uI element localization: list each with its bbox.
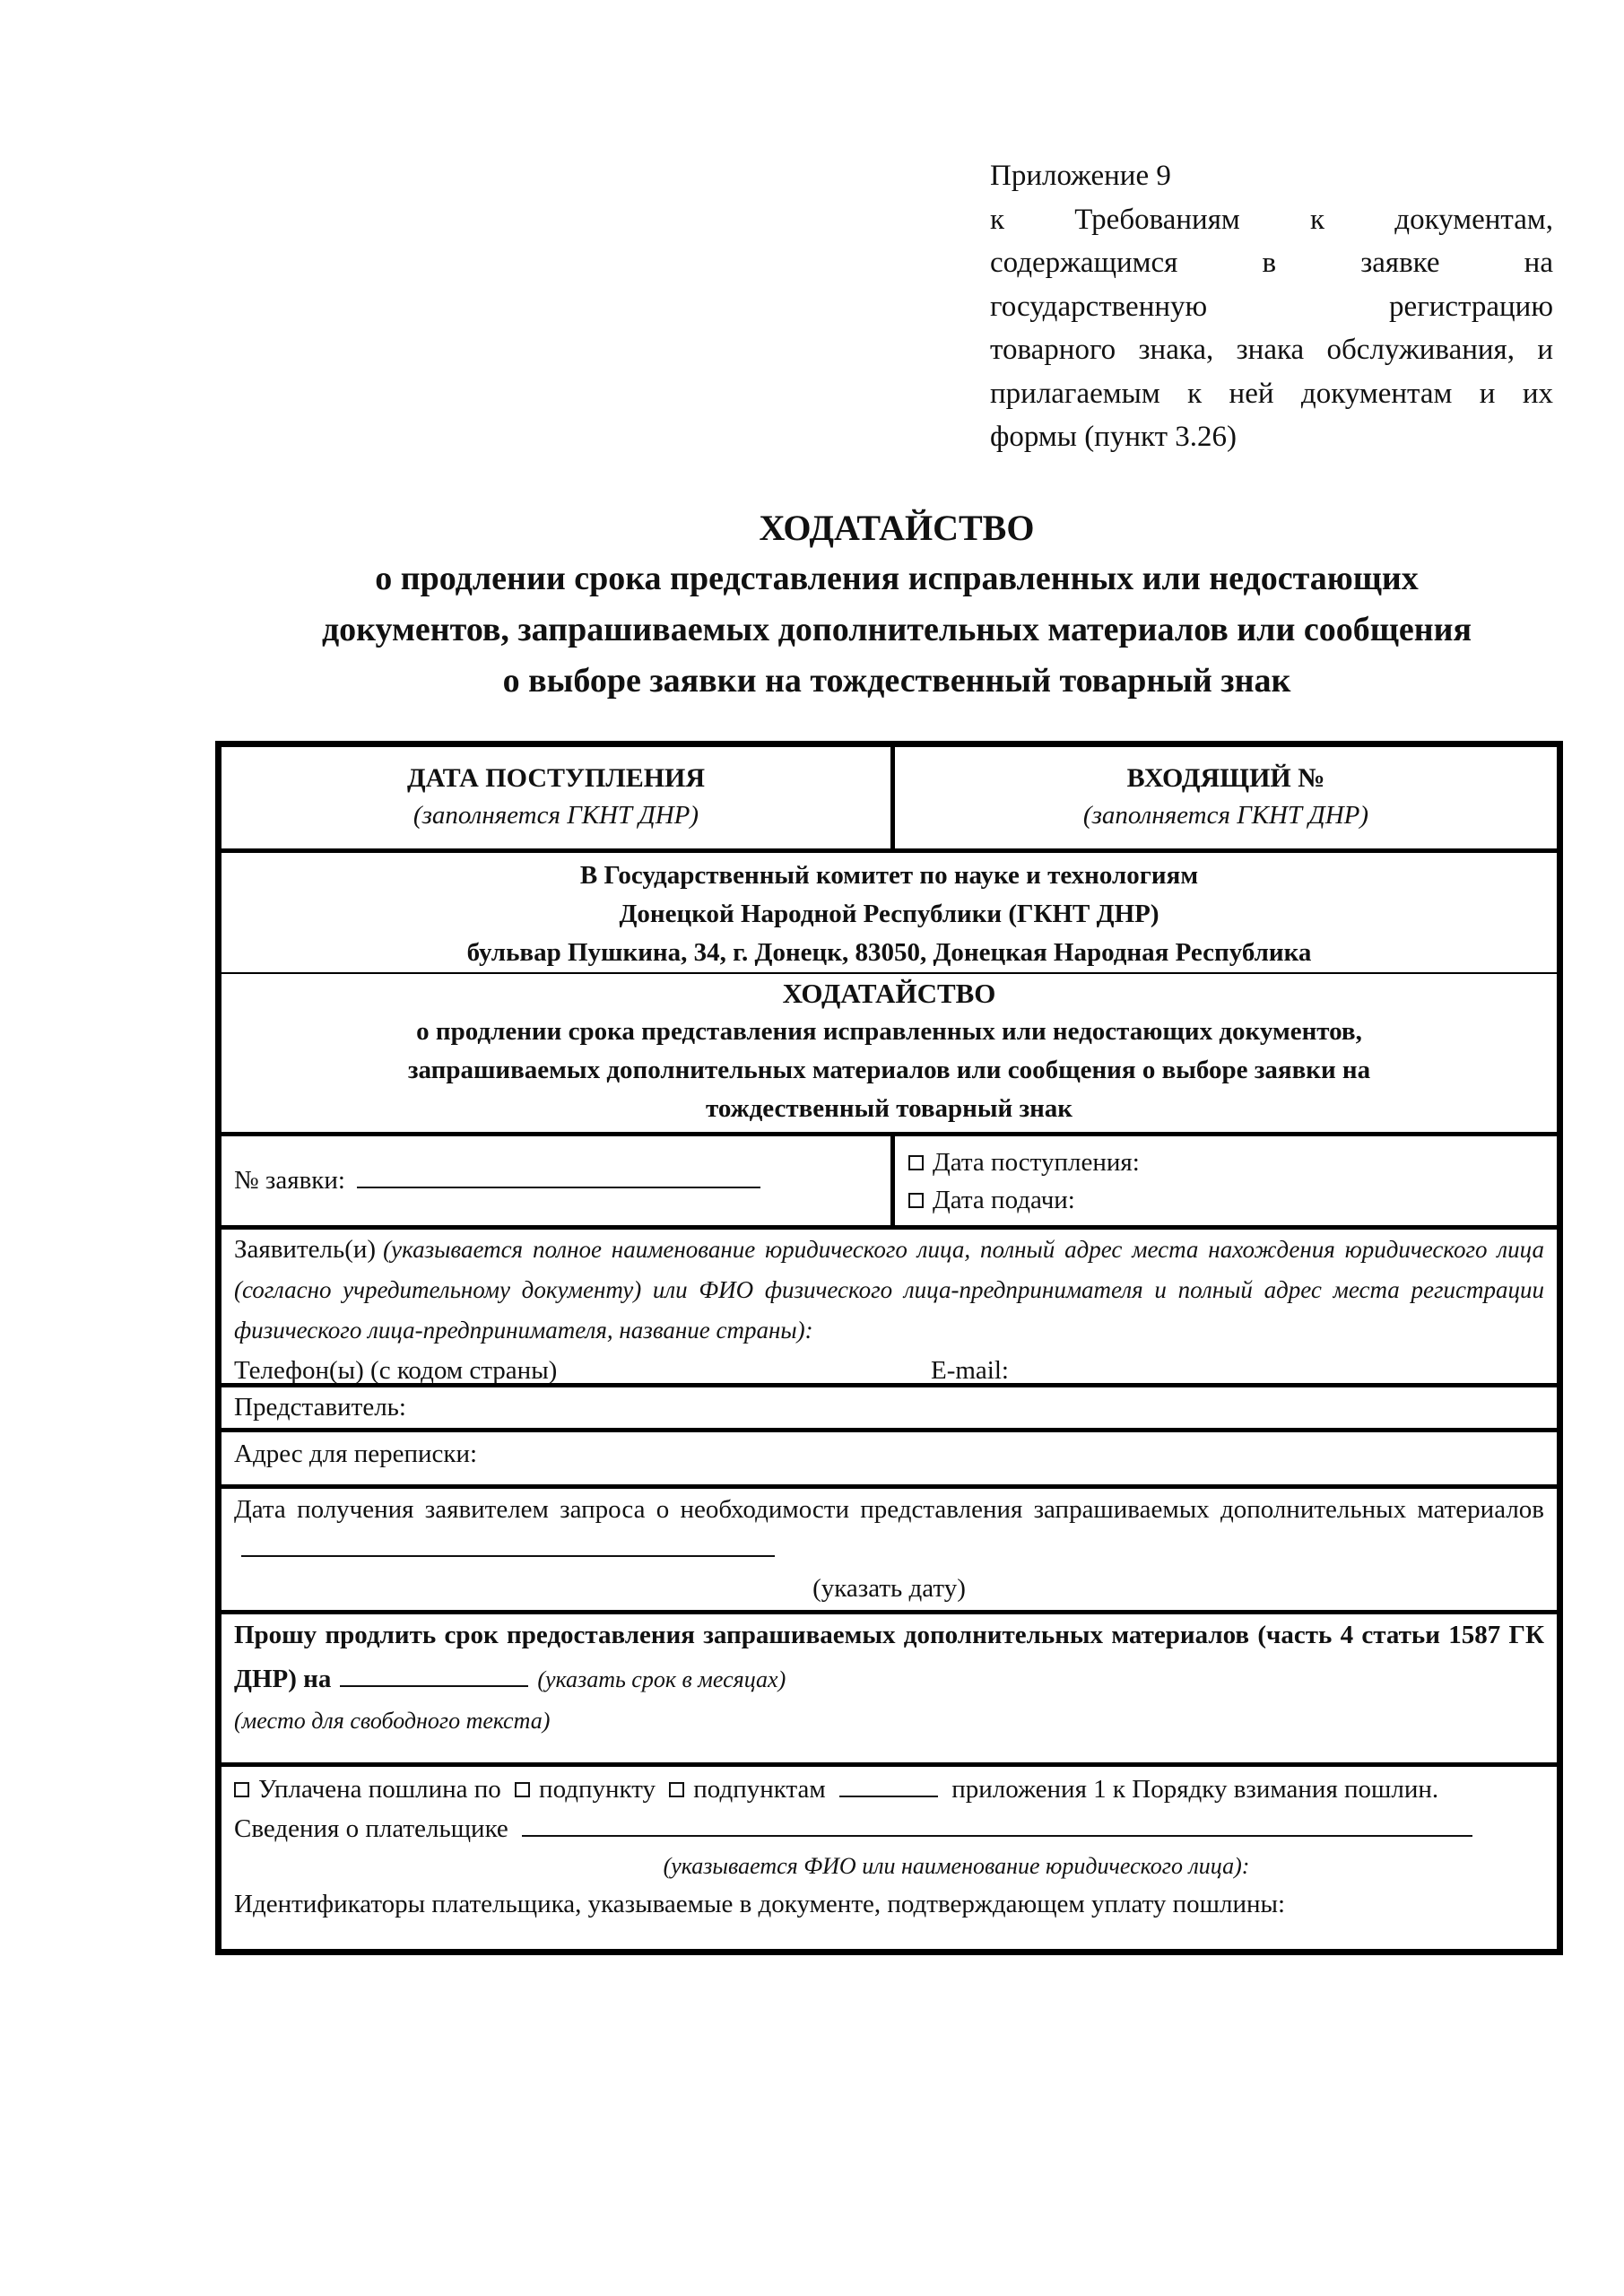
option-label: Дата подачи: xyxy=(933,1186,1075,1214)
appendix-note: Приложение 9 к Требованиям к документам,… xyxy=(990,154,1553,459)
appendix-line: прилагаемым к ней документам и их xyxy=(990,372,1553,416)
request-date-field[interactable] xyxy=(241,1530,775,1557)
applicant-cell[interactable]: Заявитель(и) (указывается полное наимено… xyxy=(234,1231,1544,1388)
fee-subitem-label: подпункту xyxy=(539,1775,656,1804)
request-date-hint: (указать дату) xyxy=(234,1569,1544,1608)
fee-tail: приложения 1 к Порядку взимания пошлин. xyxy=(951,1775,1438,1804)
divider xyxy=(221,1383,1557,1387)
option-filing-date[interactable]: Дата подачи: xyxy=(908,1181,1140,1219)
request-date-cell: Дата получения заявителем запроса о необ… xyxy=(234,1490,1544,1608)
extension-cell[interactable]: Прошу продлить срок предоставления запра… xyxy=(234,1615,1544,1739)
fee-cell: Уплачена пошлина по подпункту подпунктам… xyxy=(234,1770,1544,1924)
payer-field[interactable] xyxy=(522,1810,1472,1837)
petition-heading: ХОДАТАЙСТВО xyxy=(221,974,1557,1013)
incoming-number-cell[interactable]: ВХОДЯЩИЙ № (заполняется ГКНТ ДНР) xyxy=(895,747,1557,848)
appendix-line: Приложение 9 xyxy=(990,154,1553,198)
payer-hint: (указывается ФИО или наименование юридич… xyxy=(234,1848,1544,1884)
appendix-line: содержащимся в заявке на xyxy=(990,241,1553,285)
divider xyxy=(221,1428,1557,1432)
addressee-line: Донецкой Народной Республики (ГКНТ ДНР) xyxy=(221,895,1557,934)
title-line: о продлении срока представления исправле… xyxy=(179,553,1614,604)
checkbox-icon[interactable] xyxy=(515,1782,530,1797)
petition-line: запрашиваемых дополнительных материалов … xyxy=(221,1051,1557,1090)
fee-subitems-label: подпунктам xyxy=(693,1775,825,1804)
divider xyxy=(221,1484,1557,1489)
divider xyxy=(221,1225,1557,1230)
appendix-line: к Требованиям к документам, xyxy=(990,198,1553,242)
applicant-label: Заявитель(и) xyxy=(234,1235,376,1264)
title-heading: ХОДАТАЙСТВО xyxy=(179,502,1614,553)
option-receipt-date[interactable]: Дата поступления: xyxy=(908,1144,1140,1181)
divider xyxy=(890,1136,895,1225)
addressee-line: В Государственный комитет по науке и тех… xyxy=(221,857,1557,895)
application-number-label: № заявки: xyxy=(234,1166,345,1195)
divider xyxy=(221,1610,1557,1614)
receipt-date-title: ДАТА ПОСТУПЛЕНИЯ xyxy=(221,760,890,797)
petition-form: ДАТА ПОСТУПЛЕНИЯ (заполняется ГКНТ ДНР) … xyxy=(215,741,1563,1955)
petition-block: ХОДАТАЙСТВО о продлении срока представле… xyxy=(221,974,1557,1128)
option-label: Дата поступления: xyxy=(933,1148,1140,1177)
receipt-date-note: (заполняется ГКНТ ДНР) xyxy=(221,797,890,833)
checkbox-icon[interactable] xyxy=(908,1155,924,1170)
petition-line: тождественный товарный знак xyxy=(221,1090,1557,1128)
extension-months-field[interactable] xyxy=(340,1660,528,1687)
receipt-date-cell[interactable]: ДАТА ПОСТУПЛЕНИЯ (заполняется ГКНТ ДНР) xyxy=(221,747,890,848)
fee-subitems-field[interactable] xyxy=(839,1770,938,1797)
title-line: документов, запрашиваемых дополнительных… xyxy=(179,604,1614,656)
fee-paid-label: Уплачена пошлина по xyxy=(258,1775,501,1804)
phone-label: Телефон(ы) (с кодом страны) xyxy=(234,1356,557,1385)
document-title: ХОДАТАЙСТВО о продлении срока представле… xyxy=(179,502,1614,707)
checkbox-icon[interactable] xyxy=(908,1193,924,1208)
divider xyxy=(221,848,1557,853)
title-line: о выборе заявки на тождественный товарны… xyxy=(179,656,1614,707)
application-number-cell: № заявки: xyxy=(234,1136,880,1225)
appendix-line: государственную регистрацию xyxy=(990,285,1553,329)
payer-identifiers-label: Идентификаторы плательщика, указываемые … xyxy=(234,1884,1544,1924)
applicant-hint: (указывается полное наименование юридиче… xyxy=(234,1236,1544,1344)
incoming-number-note: (заполняется ГКНТ ДНР) xyxy=(895,797,1557,833)
representative-label: Представитель: xyxy=(234,1393,406,1422)
free-text-hint: (место для свободного текста) xyxy=(234,1703,1544,1739)
checkbox-icon[interactable] xyxy=(669,1782,684,1797)
appendix-line: формы (пункт 3.26) xyxy=(990,415,1553,459)
correspondence-label: Адрес для переписки: xyxy=(234,1439,477,1468)
divider xyxy=(221,1762,1557,1767)
petition-line: о продлении срока представления исправле… xyxy=(221,1013,1557,1051)
extension-hint: (указать срок в месяцах) xyxy=(537,1666,786,1692)
appendix-line: товарного знака, знака обслуживания, и xyxy=(990,328,1553,372)
addressee-block: В Государственный комитет по науке и тех… xyxy=(221,857,1557,972)
correspondence-cell[interactable]: Адрес для переписки: xyxy=(234,1434,477,1474)
incoming-number-title: ВХОДЯЩИЙ № xyxy=(895,760,1557,797)
application-number-field[interactable] xyxy=(357,1160,760,1188)
checkbox-icon[interactable] xyxy=(234,1782,249,1797)
representative-cell[interactable]: Представитель: xyxy=(234,1387,406,1427)
request-date-text: Дата получения заявителем запроса о необ… xyxy=(234,1495,1544,1524)
payer-label: Сведения о плательщике xyxy=(234,1814,508,1843)
date-type-options: Дата поступления: Дата подачи: xyxy=(908,1144,1140,1219)
addressee-line: бульвар Пушкина, 34, г. Донецк, 83050, Д… xyxy=(221,934,1557,972)
